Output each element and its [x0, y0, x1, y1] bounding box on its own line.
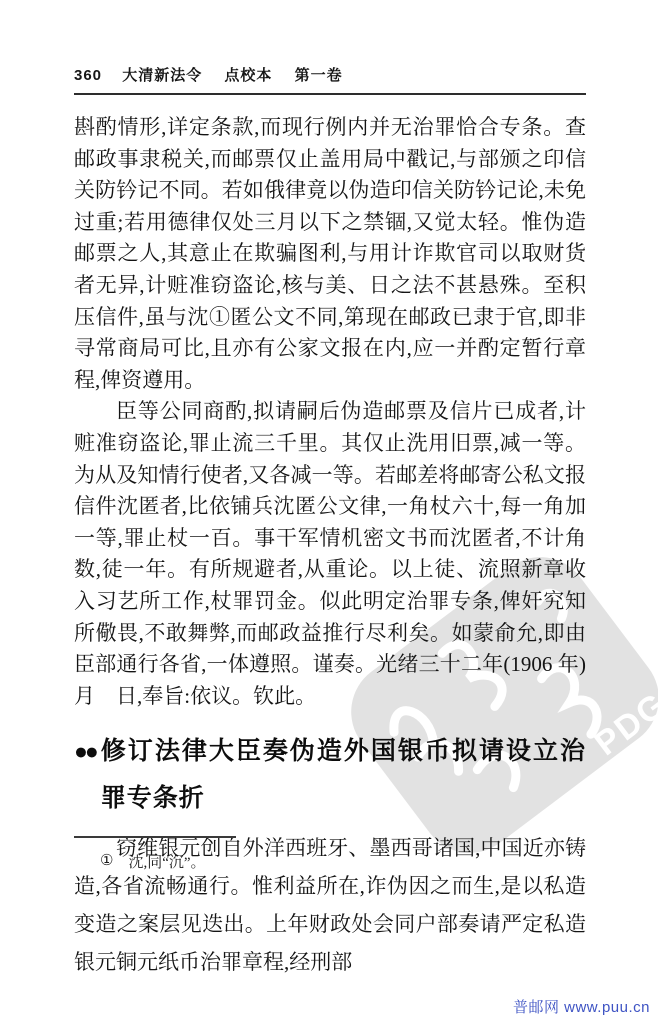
- footnote-text: 沈,同“沉”。: [128, 851, 205, 872]
- volume-label: 第一卷: [295, 67, 343, 84]
- bullet-icons: ●●: [74, 728, 96, 775]
- footnote: ① 沈,同“沉”。: [74, 851, 586, 872]
- section-heading: ●● 修订法律大臣奏伪造外国银币拟请设立治罪专条折: [74, 728, 586, 822]
- book-title: 大清新法令: [122, 67, 202, 84]
- scanned-book-page: PDG 360 大清新法令 点校本 第一卷 斟酌情形,详定条款,而现行例内并无治…: [0, 0, 658, 1024]
- footnote-separator-rule: [74, 836, 236, 838]
- paragraph-1: 斟酌情形,详定条款,而现行例内并无治罪恰合专条。查邮政事隶税关,而邮票仅止盖用局…: [74, 112, 586, 396]
- edition-label: 点校本: [224, 67, 272, 84]
- header-rule: [74, 93, 586, 95]
- paragraph-2: 臣等公同商酌,拟请嗣后伪造邮票及信片已成者,计赃准窃盗论,罪止流三千里。其仅止洗…: [74, 396, 586, 712]
- page-number: 360: [74, 67, 102, 84]
- site-credit: 普邮网 www.puu.cn: [513, 996, 650, 1017]
- section-heading-title: 修订法律大臣奏伪造外国银币拟请设立治罪专条折: [101, 728, 586, 822]
- running-header: 360 大清新法令 点校本 第一卷: [74, 64, 586, 85]
- footnote-block: ① 沈,同“沉”。: [74, 836, 586, 872]
- footnote-marker: ①: [100, 851, 113, 872]
